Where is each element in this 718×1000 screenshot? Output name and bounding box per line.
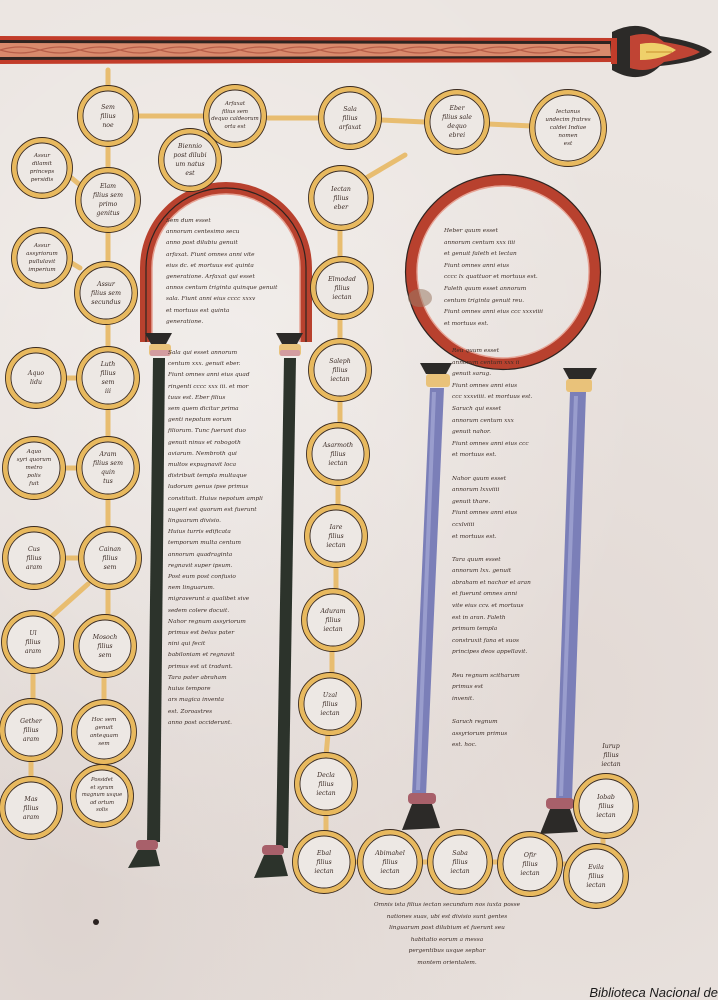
roundel-iobab: Iobab filius iectan [583, 783, 629, 829]
roundel-elam: Elam filius sem primo genitus [84, 176, 132, 224]
roundel-aquo-syri: Aquo syri quorum metro polis fuit [11, 445, 57, 491]
roundel-arfaxat: Arfaxat filius sem dequo caldeorum orta … [210, 92, 260, 140]
roundel-cus: Cus filius aram [11, 535, 57, 581]
marginal-note: Iurup filius iectan [594, 738, 628, 772]
roundel-elmodad: Elmodad filius iectan [319, 265, 365, 311]
roundel-abimahel: Abimahel filius iectan [367, 839, 413, 885]
bottom-note: Omnis ista filius iectan secundum nos iu… [332, 900, 562, 970]
roundel-aram: Aram filius sem quin tus [85, 445, 131, 491]
roundel-mosoch: Mosoch filius sem [82, 623, 128, 669]
genealogy-diagram [0, 0, 718, 1000]
roundel-possidet: Possidet et syrum magnum usque ad ortum … [79, 773, 125, 819]
right-column-text: Reu quum esset annorum centum xxx ii gen… [452, 346, 562, 752]
ink-dot [93, 919, 99, 925]
roundel-asarmoth: Asarmoth filius iectan [315, 431, 361, 477]
roundel-decla: Decla filius iectan [303, 761, 349, 807]
roundel-uzal: Uzal filius iectan [307, 681, 353, 727]
right-arch-text: Heber quum esset annorum centum xxx iiii… [444, 226, 574, 330]
roundel-aquo-lidu: Aquo lidu [14, 356, 58, 400]
roundel-ebal: Ebal filius iectan [301, 839, 347, 885]
roundel-saba: Saba filius iectan [437, 839, 483, 885]
ink-stain [408, 289, 432, 307]
library-credit: Biblioteca Nacional de [589, 985, 718, 1000]
roundel-cainan: Cainan filius sem [87, 535, 133, 581]
roundel-aduram: Aduram filius iectan [310, 597, 356, 643]
roundel-ofir: Ofir filius iectan [507, 841, 553, 887]
roundel-iectan: Iectan filius eber [318, 175, 364, 221]
roundel-lud: Luth filius sem iii [85, 355, 131, 401]
left-column-text: Sala qui esset annorum centum xxx. genui… [168, 348, 284, 729]
roundel-biennio: Biennio post dilubi um natus est [167, 137, 213, 183]
roundel-sem: Sem filius noe [86, 94, 130, 138]
roundel-hoc-sem: Hoc sem genuit antequam sem [81, 709, 127, 755]
roundel-iare: Iare filius iectan [313, 513, 359, 559]
roundel-saleph: Saleph filius iectan [317, 347, 363, 393]
roundel-iectanus: Iectanus undecim fratres caldei Indiae n… [540, 100, 596, 156]
palmette-finial-icon [611, 26, 712, 77]
roundel-gether: Gether filius aram [8, 707, 54, 753]
roundel-assur-persidis: Assur dilamit princeps persidis [20, 146, 64, 190]
roundel-assur-assyriorum: Assur assyriorum pullulavit imperium [20, 236, 64, 280]
roundel-evila: Evila filius iectan [573, 853, 619, 899]
roundel-eber: Eber filius sale dequo ebrei [434, 98, 480, 146]
manuscript-page: Sem filius noe Arfaxat filius sem dequo … [0, 0, 718, 1000]
roundel-assur: Assur filius sem secundus [83, 270, 129, 316]
roundel-mas: Mas filius aram [8, 785, 54, 831]
roundel-ul: Ul filius aram [10, 619, 56, 665]
roundel-sala: Sala filius arfaxat [328, 96, 372, 140]
left-arch-text: Sem dum esset annorum centesimo secu ann… [166, 216, 294, 328]
